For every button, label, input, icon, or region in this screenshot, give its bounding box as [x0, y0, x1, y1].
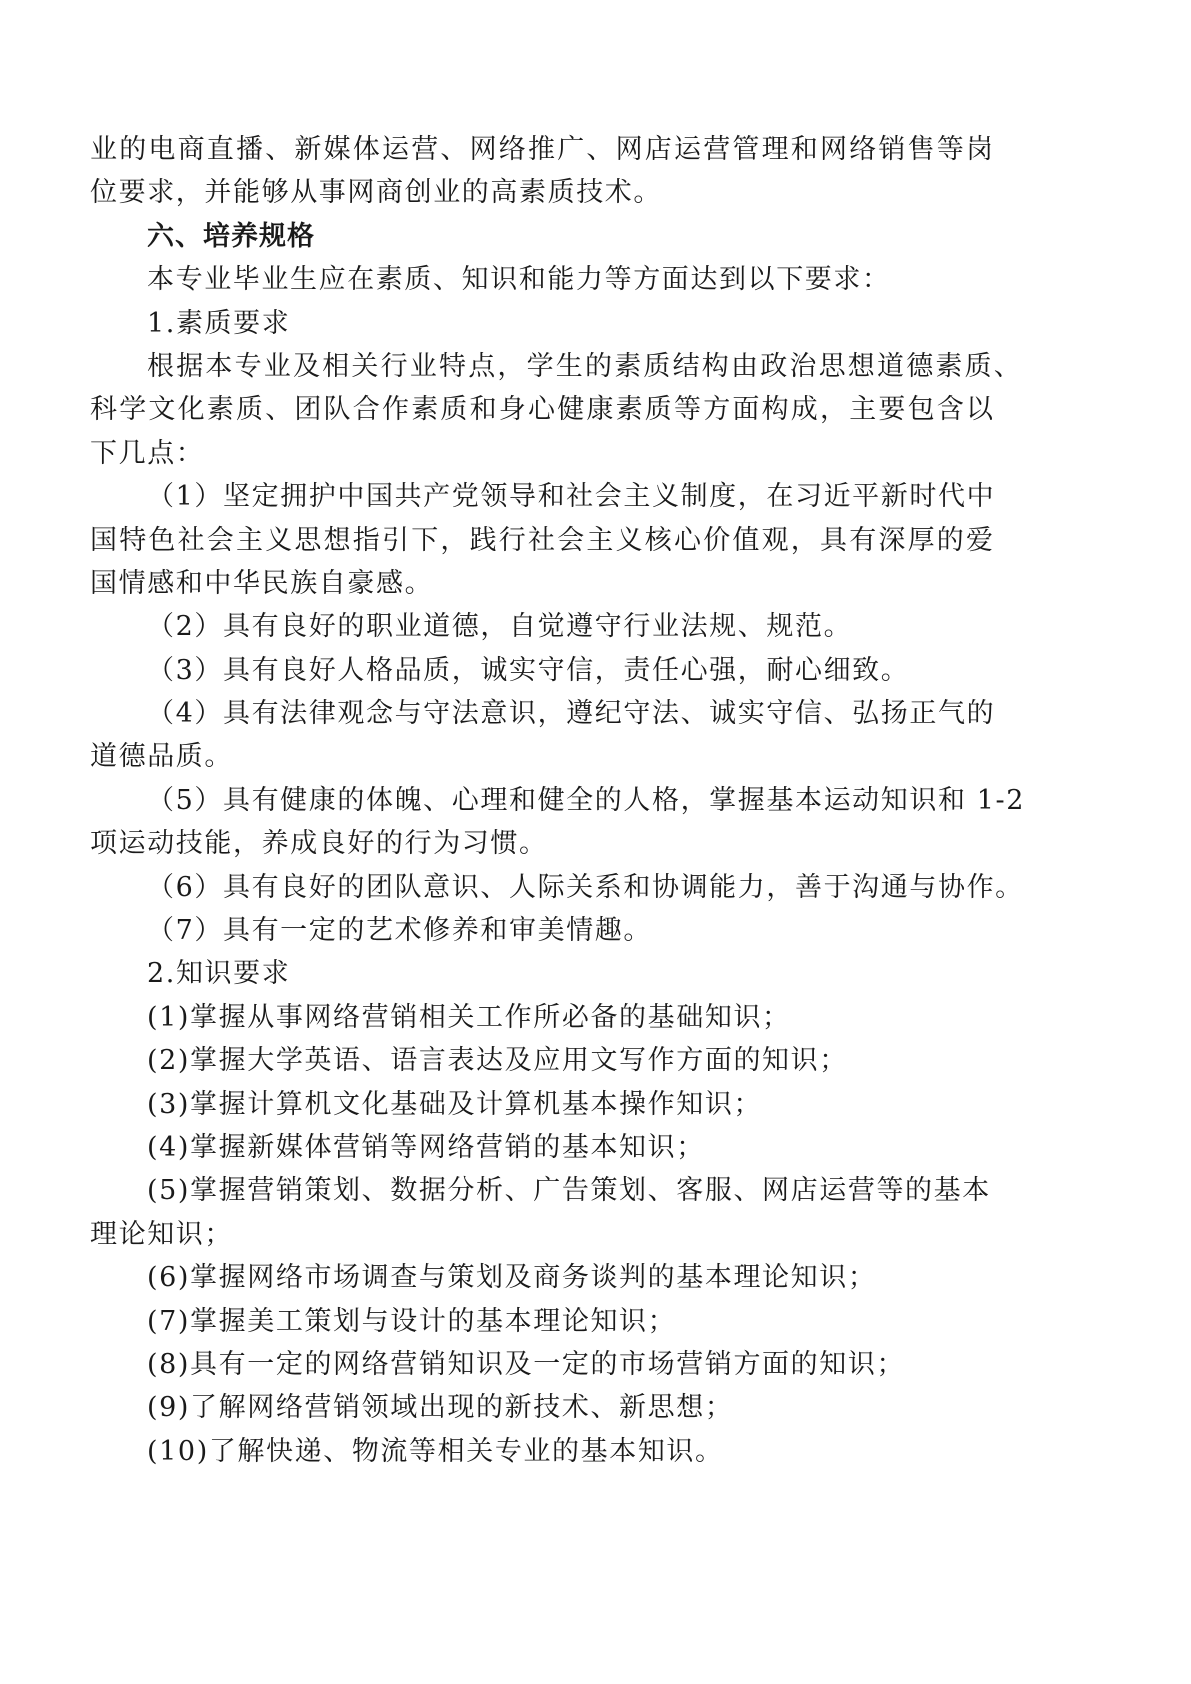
document-page: 业的电商直播、新媒体运营、网络推广、网店运营管理和网络销售等岗 位要求，并能够从… — [90, 128, 1012, 1473]
knowledge-item-3: (3)掌握计算机文化基础及计算机基本操作知识； — [90, 1083, 1012, 1126]
knowledge-item-8: (8)具有一定的网络营销知识及一定的市场营销方面的知识； — [90, 1343, 1012, 1386]
section-title: 六、培养规格 — [90, 215, 1012, 258]
knowledge-item-4: (4)掌握新媒体营销等网络营销的基本知识； — [90, 1126, 1012, 1169]
knowledge-item-1: (1)掌握从事网络营销相关工作所必备的基础知识； — [90, 996, 1012, 1039]
quality-item-4-cont: 道德品质。 — [90, 735, 1012, 778]
quality-item-5: （5）具有健康的体魄、心理和健全的人格，掌握基本运动知识和 1-2 — [90, 779, 1012, 822]
quality-item-4: （4）具有法律观念与守法意识，遵纪守法、诚实守信、弘扬正气的 — [90, 692, 1012, 735]
quality-item-1-cont: 国情感和中华民族自豪感。 — [90, 562, 1012, 605]
paragraph-line: 位要求，并能够从事网商创业的高素质技术。 — [90, 171, 1012, 214]
paragraph-line: 科学文化素质、团队合作素质和身心健康素质等方面构成，主要包含以 — [90, 388, 1012, 431]
quality-item-7: （7）具有一定的艺术修养和审美情趣。 — [90, 909, 1012, 952]
quality-item-2: （2）具有良好的职业道德，自觉遵守行业法规、规范。 — [90, 605, 1012, 648]
paragraph-line: 下几点： — [90, 432, 1012, 475]
knowledge-item-2: (2)掌握大学英语、语言表达及应用文写作方面的知识； — [90, 1039, 1012, 1082]
quality-item-6: （6）具有良好的团队意识、人际关系和协调能力，善于沟通与协作。 — [90, 866, 1012, 909]
quality-item-3: （3）具有良好人格品质，诚实守信，责任心强，耐心细致。 — [90, 649, 1012, 692]
knowledge-item-6: (6)掌握网络市场调查与策划及商务谈判的基本理论知识； — [90, 1256, 1012, 1299]
subsection-title-quality: 1.素质要求 — [90, 302, 1012, 345]
knowledge-item-5: (5)掌握营销策划、数据分析、广告策划、客服、网店运营等的基本 — [90, 1169, 1012, 1212]
quality-item-1: （1）坚定拥护中国共产党领导和社会主义制度，在习近平新时代中 — [90, 475, 1012, 518]
knowledge-item-9: (9)了解网络营销领域出现的新技术、新思想； — [90, 1386, 1012, 1429]
subsection-title-knowledge: 2.知识要求 — [90, 952, 1012, 995]
paragraph-line: 根据本专业及相关行业特点，学生的素质结构由政治思想道德素质、 — [90, 345, 1012, 388]
quality-item-1-cont: 国特色社会主义思想指引下，践行社会主义核心价值观，具有深厚的爱 — [90, 519, 1012, 562]
knowledge-item-5-cont: 理论知识； — [90, 1213, 1012, 1256]
knowledge-item-7: (7)掌握美工策划与设计的基本理论知识； — [90, 1300, 1012, 1343]
section-intro: 本专业毕业生应在素质、知识和能力等方面达到以下要求： — [90, 258, 1012, 301]
paragraph-line: 业的电商直播、新媒体运营、网络推广、网店运营管理和网络销售等岗 — [90, 128, 1012, 171]
knowledge-item-10: (10)了解快递、物流等相关专业的基本知识。 — [90, 1430, 1012, 1473]
quality-item-5-cont: 项运动技能，养成良好的行为习惯。 — [90, 822, 1012, 865]
